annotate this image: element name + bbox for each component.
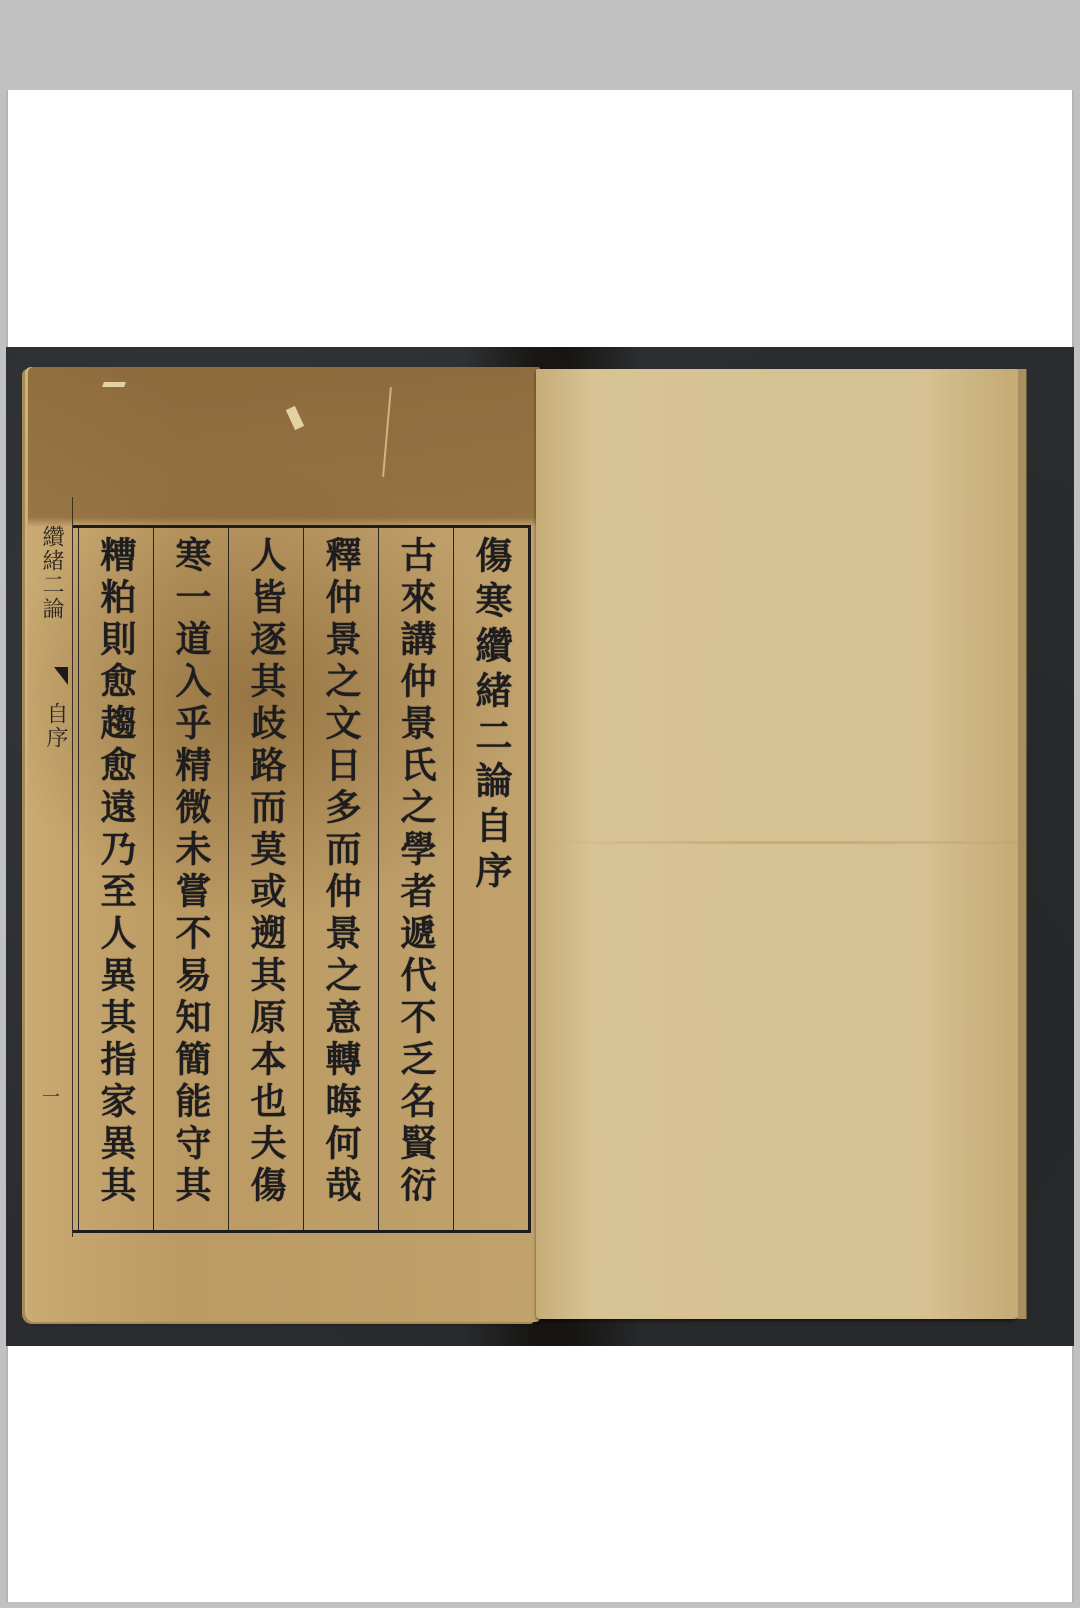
column-title: 傷寒纘緒二論自序 (453, 528, 528, 1230)
right-page (536, 369, 1020, 1319)
page-edge (1018, 369, 1027, 1319)
page-spine-margin: 纘緒二論 自序 一 (28, 497, 73, 1237)
spine-section: 自序 (40, 702, 71, 750)
text-columns: 傷寒纘緒二論自序 古來講仲景氏之學者遞代不乏名賢衍 釋仲景之文日多而仲景之意轉晦… (73, 528, 528, 1230)
paper-fold-line (536, 841, 1020, 844)
text-column: 糟粕則愈趨愈遠乃至人異其指家異其 (78, 528, 153, 1230)
paper-crack (382, 387, 392, 477)
text-column: 人皆逐其歧路而莫或遡其原本也夫傷 (228, 528, 303, 1230)
column-text: 寒一道入乎精微未嘗不易知簡能守其 (170, 536, 212, 1230)
spine-page-number: 一 (36, 1087, 62, 1105)
text-column: 古來講仲景氏之學者遞代不乏名賢衍 (378, 528, 453, 1230)
column-text: 古來講仲景氏之學者遞代不乏名賢衍 (395, 536, 437, 1230)
spine-title: 纘緒二論 (36, 525, 67, 621)
text-frame: 傷寒纘緒二論自序 古來講仲景氏之學者遞代不乏名賢衍 釋仲景之文日多而仲景之意轉晦… (73, 525, 531, 1233)
paper-tear (102, 382, 126, 387)
column-text: 人皆逐其歧路而莫或遡其原本也夫傷 (245, 536, 287, 1230)
book-scan: 纘緒二論 自序 一 傷寒纘緒二論自序 古來講仲景氏之學者遞代不乏名賢衍 釋仲景之… (6, 347, 1074, 1346)
preface-title: 傷寒纘緒二論自序 (470, 536, 512, 1230)
column-text: 糟粕則愈趨愈遠乃至人異其指家異其 (95, 536, 137, 1230)
fish-tail-mark-icon (54, 667, 68, 685)
paper-tear (286, 406, 304, 430)
text-column: 寒一道入乎精微未嘗不易知簡能守其 (153, 528, 228, 1230)
left-page: 纘緒二論 自序 一 傷寒纘緒二論自序 古來講仲景氏之學者遞代不乏名賢衍 釋仲景之… (28, 367, 540, 1322)
column-text: 釋仲景之文日多而仲景之意轉晦何哉 (320, 536, 362, 1230)
text-column: 釋仲景之文日多而仲景之意轉晦何哉 (303, 528, 378, 1230)
